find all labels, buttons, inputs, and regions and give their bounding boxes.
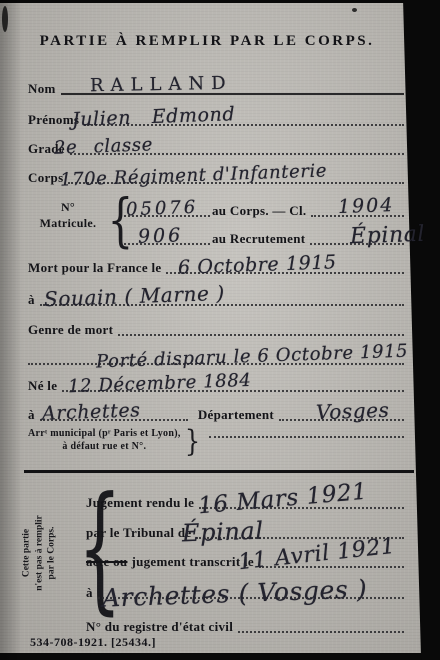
field-label-a: à (28, 292, 35, 309)
field-row-transcrit: acte ou jugement transcrit le 11 Avril 1… (86, 549, 406, 571)
handwritten-tribunal: Épinal (182, 517, 265, 548)
transcrit-struck-label: acte ou (86, 554, 127, 571)
field-row-mort: Mort pour la France le 6 Octobre 1915 (28, 255, 406, 277)
matricule-label-line2: Matricule. (36, 216, 100, 232)
arr-municipal-label: Arrᵗ municipal (pʳ Paris et Lyon), à déf… (28, 428, 181, 454)
handwritten-jugement-date: 16 Mars 1921 (197, 479, 368, 520)
field-label-corps: Corps (28, 170, 63, 187)
scan-edge-bottom (0, 653, 440, 660)
field-label-a: à (28, 407, 35, 424)
handwritten-transcrit-lieu: Archettes ( Vosges ) (102, 574, 368, 612)
field-row-jugement-rendu: Jugement rendu le 16 Mars 1921 (86, 490, 406, 512)
handwritten-classe: 1904 (338, 194, 395, 218)
field-row-transcrit-lieu: à Archettes ( Vosges ) (86, 580, 406, 602)
matricule-row-corps: au Corps. — Cl. 05076 1904 (124, 198, 406, 220)
field-row-genre-mort: Genre de mort (28, 317, 406, 339)
field-row-naissance-lieu: à Département Archettes Vosges (28, 402, 406, 424)
field-label-genre-mort: Genre de mort (28, 322, 113, 339)
matricule-row-recrutement: au Recrutement 906 Épinal (124, 226, 406, 248)
handwritten-matricule-recrutement: 906 (138, 224, 184, 248)
handwritten-matricule-corps: 05076 (126, 197, 199, 221)
field-row-grade: Grade 2e classe (28, 136, 406, 158)
handwritten-departement: Vosges (316, 398, 390, 425)
jugement-section: Cette partie n'est pas à remplir par le … (0, 476, 440, 636)
dotted-line (238, 631, 404, 633)
field-row-nom: Nom RALLAND (28, 76, 406, 98)
handwritten-mort-date: 6 Octobre 1915 (178, 251, 337, 279)
scan-artifact (352, 8, 357, 12)
field-label-departement: Département (198, 407, 274, 424)
handwritten-recrutement-place: Épinal (350, 222, 426, 250)
sidebar-rotated-note: Cette partie n'est pas à remplir par le … (19, 486, 61, 621)
dotted-line (118, 334, 404, 336)
footer-code-text: 534-708-1921. [25434.] (30, 635, 156, 649)
sidebar-note-line: par le Corps. (46, 486, 58, 621)
jugement-rendu-label: Jugement rendu le (86, 495, 194, 512)
arr-municipal-label-line2: à défaut rue et N°. (28, 441, 181, 454)
handwritten-nom: RALLAND (90, 73, 233, 96)
field-row-naissance: Né le 12 Décembre 1884 (28, 373, 406, 395)
scan-edge-top (0, 0, 440, 3)
field-label-mort: Mort pour la France le (28, 260, 161, 277)
handwritten-grade: 2e classe (54, 134, 154, 158)
matricule-label-line1: N° (36, 200, 100, 216)
scan-artifact (2, 6, 8, 32)
transcrit-lieu-label: à (86, 585, 93, 602)
handwritten-naissance-date: 12 Décembre 1884 (68, 370, 252, 397)
scanned-military-death-record: PARTIE À REMPLIR PAR LE CORPS. Nom RALLA… (0, 0, 440, 660)
matricule-label: N° Matricule. (36, 200, 100, 232)
field-row-genre-mort-value: Porté disparu le 6 Octobre 1915 (28, 346, 406, 368)
handwritten-corps: 170e Régiment d'Infanterie (60, 160, 328, 190)
page-title: PARTIE À REMPLIR PAR LE CORPS. (0, 32, 414, 50)
field-row-prenoms: Prénoms Julien Edmond (28, 107, 406, 129)
arr-municipal-label-line1: Arrᵗ municipal (pʳ Paris et Lyon), (28, 428, 181, 441)
matricule-corps-label: au Corps. — Cl. (212, 203, 306, 220)
sidebar-note-line: Cette partie (21, 486, 33, 621)
field-row-mort-lieu: à Souain ( Marne ) (28, 287, 406, 309)
footer-print-code: 534-708-1921. [25434.] (30, 633, 156, 651)
tribunal-label: par le Tribunal de (86, 525, 191, 542)
matricule-block: N° Matricule. { au Corps. — Cl. 05076 19… (28, 192, 406, 248)
handwritten-genre-mort: Porté disparu le 6 Octobre 1915 (96, 341, 409, 373)
sidebar-note-line: n'est pas à remplir (33, 486, 45, 621)
matricule-recrutement-label: au Recrutement (212, 231, 305, 248)
handwritten-naissance-lieu: Archettes (42, 399, 141, 424)
field-row-corps: Corps 170e Régiment d'Infanterie (28, 165, 406, 187)
dotted-line (209, 436, 404, 438)
handwritten-mort-lieu: Souain ( Marne ) (44, 281, 226, 311)
transcrit-label: jugement transcrit le (131, 554, 254, 571)
field-row-arr-municipal: Arrᵗ municipal (pʳ Paris et Lyon), à déf… (28, 426, 406, 456)
arr-municipal-brace: } (185, 424, 200, 459)
page-title-text: PARTIE À REMPLIR PAR LE CORPS. (40, 33, 375, 49)
field-label-nom: Nom (28, 81, 56, 98)
handwritten-prenoms: Julien Edmond (72, 103, 236, 131)
field-label-ne-le: Né le (28, 378, 57, 395)
